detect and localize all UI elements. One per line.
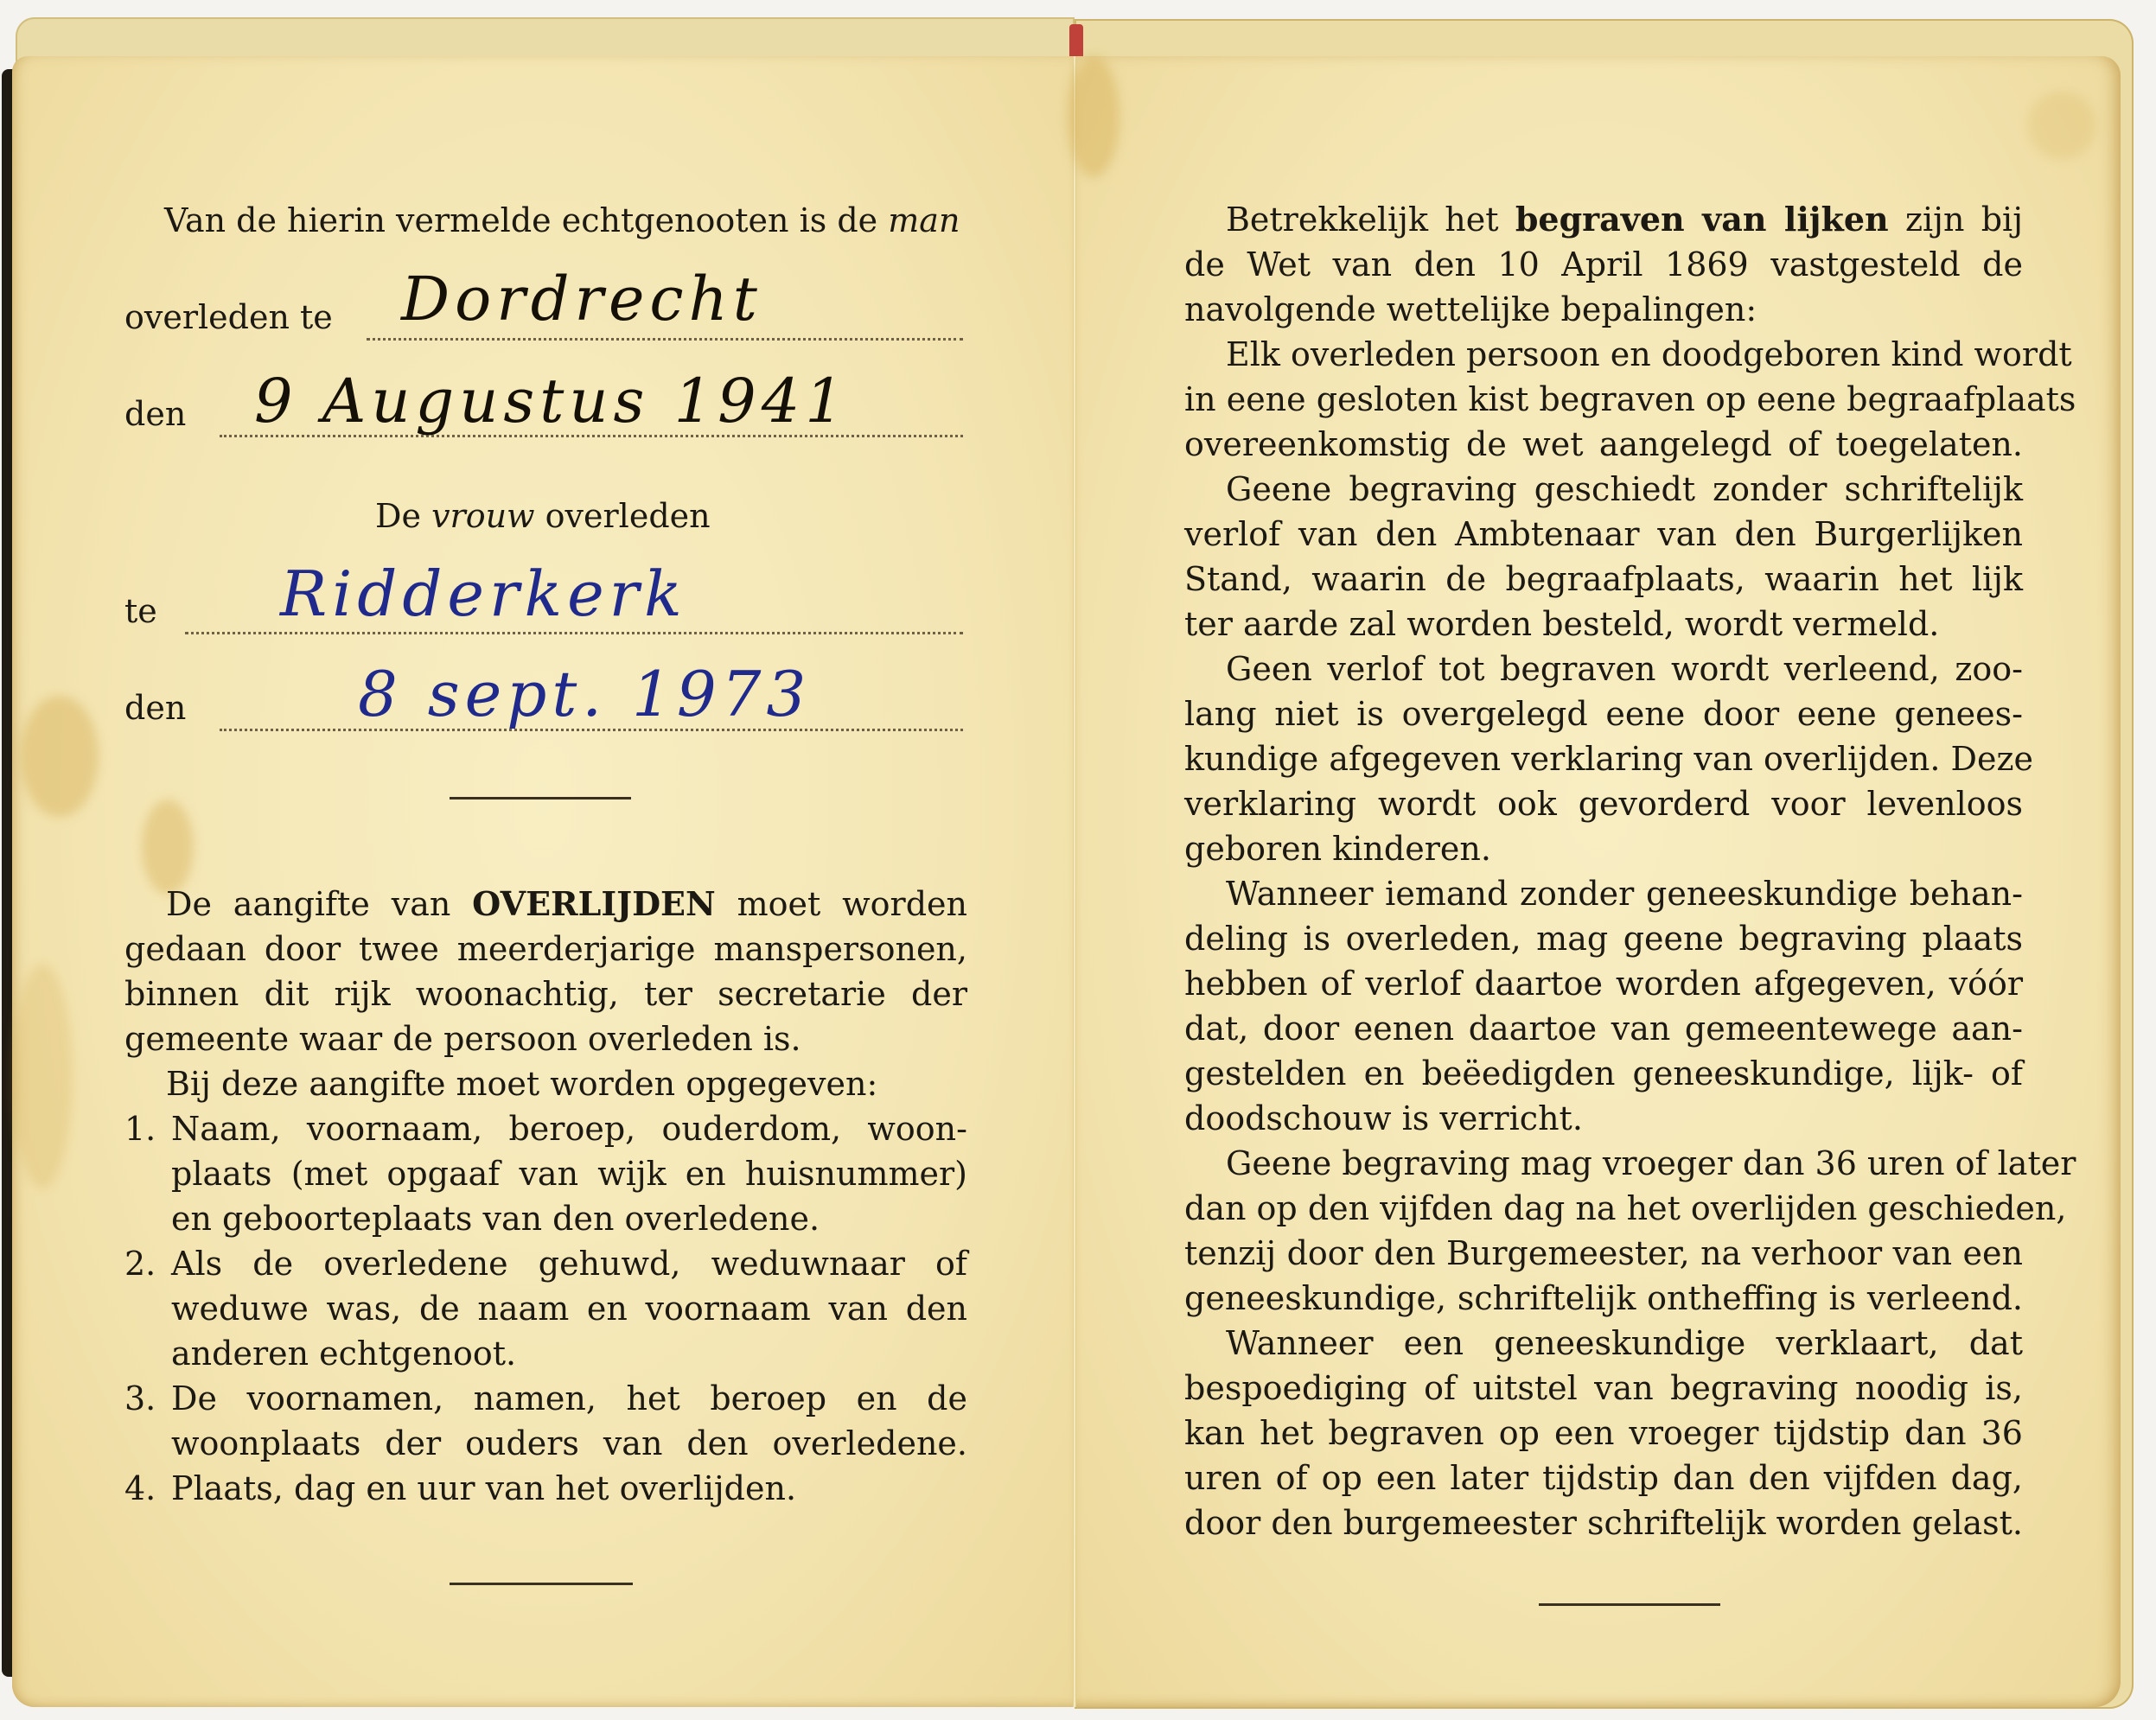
stain (142, 799, 194, 895)
list-line: Naam, voornaam, beroep, ouderdom, woon- (171, 1106, 967, 1151)
paragraph-line: lang niet is overgelegd eene door eene g… (1184, 691, 2023, 736)
paragraph-line: Geene begraving geschiedt zonder schrift… (1184, 467, 2023, 512)
paragraph-line: kundige afgegeven verklaring van overlij… (1184, 736, 2023, 781)
right-page: Betrekkelijk het begraven van lijken zij… (1076, 56, 2121, 1707)
paragraph: Wanneer een geneeskundige verklaart, dat… (1184, 1321, 2023, 1545)
paragraph-line: kan het begraven op een vroeger tijdstip… (1184, 1411, 2023, 1456)
notice-text: moet worden (737, 885, 967, 923)
list-line: anderen echtgenoot. (171, 1331, 967, 1376)
stain (1068, 56, 1119, 177)
intro-text: zijn bij (1905, 201, 2023, 239)
paragraph-line: ter aarde zal worden besteld, wordt verm… (1184, 602, 2023, 647)
man-place-value: Dordrecht (401, 264, 762, 334)
stain (2027, 91, 2096, 160)
woman-date-label: den (124, 689, 186, 727)
paragraph-line: geneeskundige, schriftelijk ontheffing i… (1184, 1276, 2023, 1321)
intro-text: Betrekkelijk het (1226, 201, 1499, 239)
paragraph: Elk overleden persoon en doodgeboren kin… (1184, 332, 2023, 467)
open-booklet: Van de hierin vermelde echtgenooten is d… (0, 0, 2156, 1720)
overlijden-notice: De aangifte van OVERLIJDEN moet worden g… (124, 882, 967, 1511)
paragraph-line: door den burgemeester schriftelijk worde… (1184, 1500, 2023, 1545)
paragraph-line: Wanneer een geneeskundige verklaart, dat (1184, 1321, 2023, 1366)
list-line: woonplaats der ouders van den overledene… (171, 1421, 967, 1466)
paragraph-line: Stand, waarin de begraafplaats, waarin h… (1184, 557, 2023, 602)
notice-bold: OVERLIJDEN (472, 884, 716, 923)
stain (12, 964, 73, 1188)
list-number: 4. (124, 1466, 156, 1511)
paragraph: Geene begraving mag vroeger dan 36 uren … (1184, 1141, 2023, 1321)
paragraph-line: doodschouw is verricht. (1184, 1096, 2023, 1141)
burial-regulations: Betrekkelijk het begraven van lijken zij… (1184, 197, 2023, 1545)
paragraph-line: dat, door eenen daartoe van gemeentewege… (1184, 1006, 2023, 1051)
paragraph-line: Geen verlof tot begraven wordt verleend,… (1184, 647, 2023, 691)
list-line: De voornamen, namen, het beroep en de (171, 1376, 967, 1421)
list-line: plaats (met opgaaf van wijk en huisnumme… (171, 1151, 967, 1196)
separator-rule (1539, 1603, 1720, 1606)
notice-line: De aangifte van OVERLIJDEN moet worden (124, 882, 967, 927)
paragraph-line: bespoediging of uitstel van begraving no… (1184, 1366, 2023, 1411)
list-line: weduwe was, de naam en voornaam van den (171, 1286, 967, 1331)
list-item: 2. Als de overledene gehuwd, weduwnaar o… (124, 1241, 967, 1376)
paragraph-line: dan op den vijfden dag na het overlijden… (1184, 1186, 2023, 1231)
woman-prefix: De (375, 497, 421, 535)
stain (21, 696, 99, 817)
left-page: Van de hierin vermelde echtgenooten is d… (12, 56, 1075, 1707)
woman-place-label: te (124, 592, 157, 630)
intro-line: navolgende wettelijke bepalingen: (1184, 287, 2023, 332)
intro-prefix: Van de hierin vermelde echtgenooten is d… (164, 201, 877, 239)
list-item: 3. De voornamen, namen, het beroep en de… (124, 1376, 967, 1466)
woman-heading-text: De vrouw overleden (375, 497, 711, 535)
notice-text: De aangifte van (166, 885, 450, 923)
paragraph-line: geboren kinderen. (1184, 826, 2023, 871)
notice-line: gemeente waar de persoon overleden is. (124, 1016, 967, 1061)
woman-emphasis: vrouw (431, 497, 535, 535)
paragraph: Wanneer iemand zonder geneeskundige beha… (1184, 871, 2023, 1141)
paragraph: Geen verlof tot begraven wordt verleend,… (1184, 647, 2023, 871)
separator-rule (450, 797, 631, 799)
paragraph-line: in eene gesloten kist begraven op eene b… (1184, 377, 2023, 422)
paragraph-line: gestelden en beëedigden geneeskundige, l… (1184, 1051, 2023, 1096)
notice-line: Bij deze aangifte moet worden opgegeven: (124, 1061, 967, 1106)
paragraph-line: Geene begraving mag vroeger dan 36 uren … (1184, 1141, 2023, 1186)
paragraph-line: verlof van den Ambtenaar van den Burgerl… (1184, 512, 2023, 557)
intro-emphasis: man (888, 201, 960, 239)
list-line: Plaats, dag en uur van het overlijden. (171, 1466, 967, 1511)
man-place-label: overleden te (124, 298, 333, 336)
list-line: Als de overledene gehuwd, weduwnaar of (171, 1241, 967, 1286)
man-date-label: den (124, 395, 186, 433)
list-number: 3. (124, 1376, 156, 1421)
paragraph-line: uren of op een later tijdstip dan den vi… (1184, 1456, 2023, 1500)
list-item: 1. Naam, voornaam, beroep, ouderdom, woo… (124, 1106, 967, 1241)
intro-bold: begraven van lijken (1515, 200, 1889, 239)
intro-line: Betrekkelijk het begraven van lijken zij… (1184, 197, 2023, 242)
paragraph-line: tenzij door den Burgemeester, na verhoor… (1184, 1231, 2023, 1276)
list-number: 2. (124, 1241, 156, 1286)
man-place-line (367, 338, 963, 341)
paragraph-line: hebben of verlof daartoe worden afgegeve… (1184, 961, 2023, 1006)
list-item: 4. Plaats, dag en uur van het overlijden… (124, 1466, 967, 1511)
woman-place-value: Ridderkerk (280, 557, 687, 630)
notice-line: gedaan door twee meerderjarige mansperso… (124, 927, 967, 971)
paragraph-line: Elk overleden persoon en doodgeboren kin… (1184, 332, 2023, 377)
woman-place-line (185, 632, 963, 634)
paragraph: Geene begraving geschiedt zonder schrift… (1184, 467, 2023, 647)
intro-line: de Wet van den 10 April 1869 vastgesteld… (1184, 242, 2023, 287)
paragraph-line: Wanneer iemand zonder geneeskundige beha… (1184, 871, 2023, 916)
separator-rule (450, 1583, 633, 1585)
woman-suffix: overleden (545, 497, 711, 535)
list-number: 1. (124, 1106, 156, 1151)
paragraph-line: verklaring wordt ook gevorderd voor leve… (1184, 781, 2023, 826)
intro-text: Van de hierin vermelde echtgenooten is d… (164, 201, 960, 239)
woman-date-value: 8 sept. 1973 (358, 658, 811, 730)
paragraph-line: deling is overleden, mag geene begraving… (1184, 916, 2023, 961)
man-date-value: 9 Augustus 1941 (254, 366, 849, 436)
paragraph-line: overeenkomstig de wet aangelegd of toege… (1184, 422, 2023, 467)
notice-line: binnen dit rijk woonachtig, ter secretar… (124, 971, 967, 1016)
list-line: en geboorteplaats van den overledene. (171, 1196, 967, 1241)
